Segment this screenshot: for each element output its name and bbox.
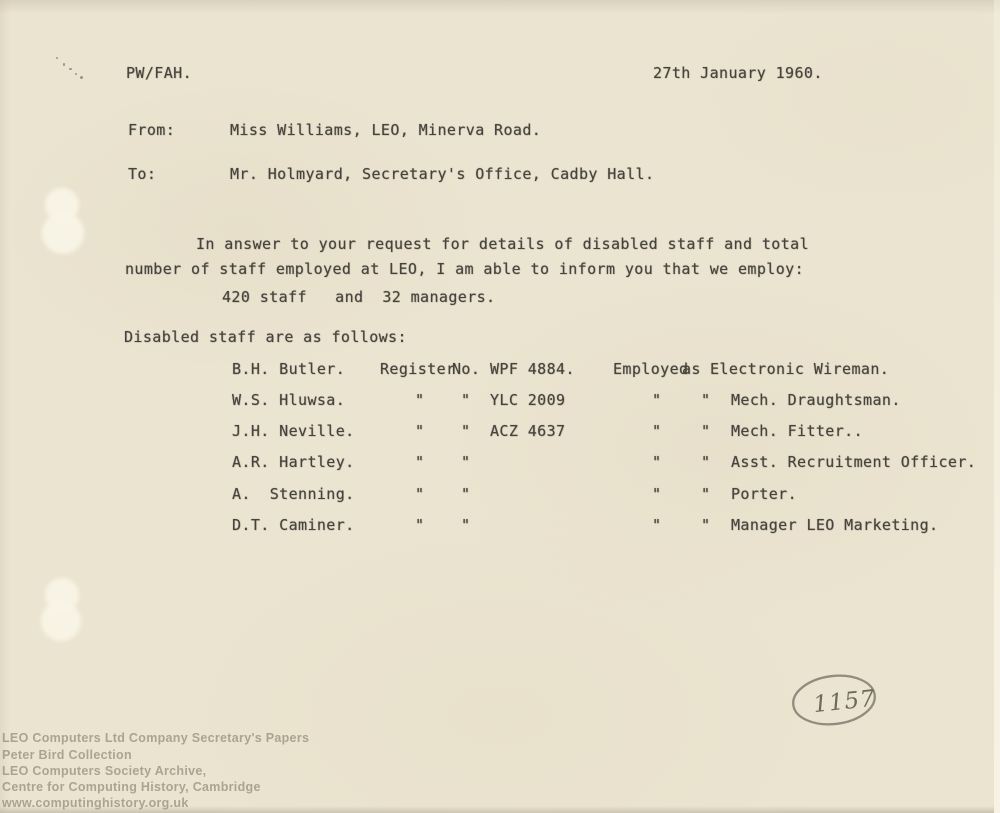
ditto-mark: " xyxy=(415,391,424,409)
watermark-line: LEO Computers Society Archive, xyxy=(2,764,206,778)
watermark-line: Peter Bird Collection xyxy=(2,748,132,762)
section-heading: Disabled staff are as follows: xyxy=(124,328,407,346)
pencil-number-text: 1157 xyxy=(812,686,877,718)
ink-speck xyxy=(56,57,58,59)
staff-role: Mech. Fitter.. xyxy=(731,422,863,440)
ditto-mark: " xyxy=(461,453,470,471)
reference-code: PW/FAH. xyxy=(126,64,192,82)
from-value: Miss Williams, LEO, Minerva Road. xyxy=(230,121,541,139)
ditto-mark: " xyxy=(415,422,424,440)
table-row: J.H. Neville. " " ACZ 4637 " " Mech. Fit… xyxy=(0,422,1000,444)
watermark-line: LEO Computers Ltd Company Secretary's Pa… xyxy=(2,731,309,745)
staff-role: Porter. xyxy=(731,485,797,503)
staff-summary: 420 staff and 32 managers. xyxy=(222,288,496,306)
pencil-circled-number: 1157 xyxy=(788,670,884,732)
ditto-mark: " xyxy=(415,516,424,534)
ditto-mark: " xyxy=(701,391,710,409)
ditto-mark: " xyxy=(415,485,424,503)
watermark-line: Centre for Computing History, Cambridge xyxy=(2,780,261,794)
table-row: A. Stenning. " " " " Porter. xyxy=(0,485,1000,507)
ditto-mark: " xyxy=(415,453,424,471)
ditto-mark: " xyxy=(652,391,661,409)
ditto-mark: " xyxy=(652,516,661,534)
staff-role: Electronic Wireman. xyxy=(710,360,889,378)
ditto-mark: " xyxy=(461,485,470,503)
staff-role: Asst. Recruitment Officer. xyxy=(731,453,976,471)
paper-blemish xyxy=(42,212,84,254)
no-word: No. xyxy=(452,360,480,378)
ditto-mark: " xyxy=(461,422,470,440)
staff-role: Mech. Draughtsman. xyxy=(731,391,901,409)
ditto-mark: " xyxy=(701,422,710,440)
body-line-2: number of staff employed at LEO, I am ab… xyxy=(125,260,804,278)
ink-speck xyxy=(80,76,83,79)
table-row: D.T. Caminer. " " " " Manager LEO Market… xyxy=(0,516,1000,538)
employed-word: Employed xyxy=(613,360,688,378)
register-word: Register xyxy=(380,360,455,378)
ditto-mark: " xyxy=(461,391,470,409)
ditto-mark: " xyxy=(461,516,470,534)
ditto-mark: " xyxy=(701,485,710,503)
ditto-mark: " xyxy=(701,516,710,534)
staff-name: D.T. Caminer. xyxy=(232,516,355,534)
ditto-mark: " xyxy=(652,485,661,503)
from-label: From: xyxy=(128,121,175,139)
ditto-mark: " xyxy=(701,453,710,471)
ditto-mark: " xyxy=(652,422,661,440)
register-number: WPF 4884. xyxy=(490,360,575,378)
ink-speck xyxy=(75,73,77,75)
table-row: B.H. Butler. Register No. WPF 4884. Empl… xyxy=(0,360,1000,382)
paper-blemish xyxy=(41,601,81,641)
ink-speck xyxy=(69,68,72,70)
ditto-mark: " xyxy=(652,453,661,471)
staff-role: Manager LEO Marketing. xyxy=(731,516,938,534)
to-label: To: xyxy=(128,165,156,183)
staff-name: J.H. Neville. xyxy=(232,422,355,440)
register-number: ACZ 4637 xyxy=(490,422,565,440)
table-row: A.R. Hartley. " " " " Asst. Recruitment … xyxy=(0,453,1000,475)
body-line-1: In answer to your request for details of… xyxy=(196,235,809,253)
staff-name: A. Stenning. xyxy=(232,485,355,503)
staff-name: W.S. Hluwsa. xyxy=(232,391,345,409)
ink-speck xyxy=(63,63,65,66)
as-word: as xyxy=(682,360,701,378)
register-number: YLC 2009 xyxy=(490,391,565,409)
staff-name: B.H. Butler. xyxy=(232,360,345,378)
table-row: W.S. Hluwsa. " " YLC 2009 " " Mech. Drau… xyxy=(0,391,1000,413)
to-value: Mr. Holmyard, Secretary's Office, Cadby … xyxy=(230,165,654,183)
document-date: 27th January 1960. xyxy=(653,64,823,82)
watermark-url: www.computinghistory.org.uk xyxy=(2,796,189,810)
staff-name: A.R. Hartley. xyxy=(232,453,355,471)
